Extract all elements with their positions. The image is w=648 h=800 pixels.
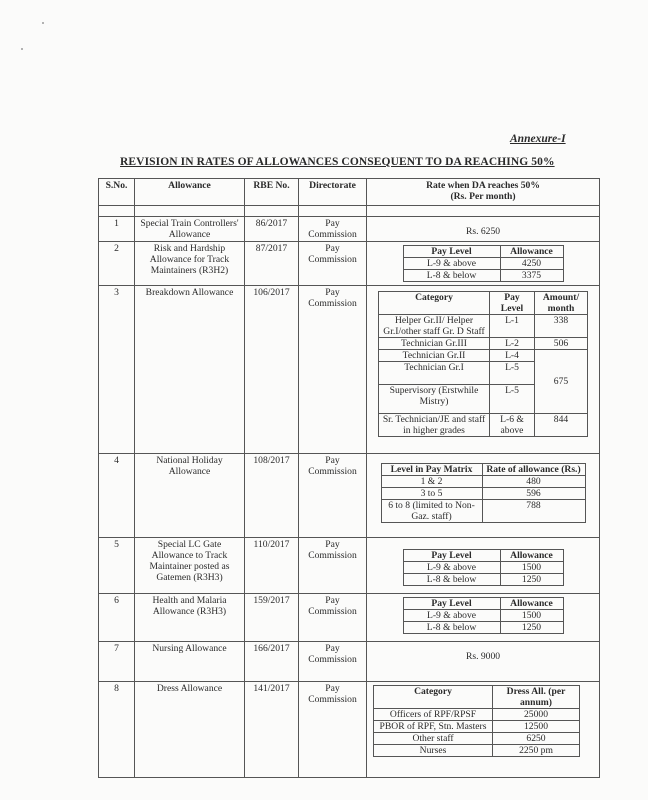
directorate-line2: Commission — [301, 606, 364, 617]
subtable-cell: L-8 & below — [403, 270, 500, 282]
directorate-line2: Commission — [301, 466, 364, 477]
cell-allowance: Nursing Allowance — [135, 642, 245, 682]
rate-subtable: Pay LevelAllowanceL-9 & above4250L-8 & b… — [403, 245, 564, 282]
cell-rbe: 106/2017 — [245, 286, 299, 454]
subtable-row: Nurses2250 pm — [374, 745, 580, 757]
subtable-header: Pay Level — [403, 246, 500, 258]
subtable-cell: L-9 & above — [403, 258, 500, 270]
table-row: 6Health and Malaria Allowance (R3H3)159/… — [99, 594, 600, 642]
subtable-cell: Supervisory (Erstwhile Mistry) — [379, 385, 490, 414]
spacer-cell — [299, 206, 367, 217]
table-row: 2Risk and Hardship Allowance for Track M… — [99, 242, 600, 286]
subtable-cell: 1 & 2 — [381, 476, 482, 488]
document-title: REVISION IN RATES OF ALLOWANCES CONSEQUE… — [120, 156, 555, 168]
cell-directorate: PayCommission — [299, 217, 367, 242]
subtable-cell: 1250 — [500, 622, 563, 634]
header-sno: S.No. — [99, 179, 135, 206]
subtable-header: Allowance — [500, 550, 563, 562]
subtable-cell: 6 to 8 (limited to Non-Gaz. staff) — [381, 500, 482, 523]
subtable-header: Allowance — [500, 598, 563, 610]
header-rate-line1: Rate when DA reaches 50% — [369, 180, 597, 191]
subtable-row: Technician Gr.IIIL-2506 — [379, 338, 588, 350]
subtable-cell: 596 — [482, 488, 585, 500]
cell-rate: Rs. 9000 — [367, 642, 600, 682]
subtable-cell: L-9 & above — [403, 562, 500, 574]
scan-speck — [42, 22, 44, 24]
subtable-cell: 338 — [535, 315, 588, 338]
cell-directorate: PayCommission — [299, 242, 367, 286]
spacer-cell — [99, 206, 135, 217]
directorate-line1: Pay — [301, 595, 364, 606]
subtable-row: Sr. Technician/JE and staff in higher gr… — [379, 414, 588, 437]
subtable-header-row: Pay LevelAllowance — [403, 598, 563, 610]
cell-allowance: Risk and Hardship Allowance for Track Ma… — [135, 242, 245, 286]
subtable-row: Technician Gr.IIL-4675 — [379, 350, 588, 362]
spacer-cell — [367, 206, 600, 217]
directorate-line2: Commission — [301, 254, 364, 265]
subtable-cell: 1250 — [500, 574, 563, 586]
subtable-cell: L-8 & below — [403, 622, 500, 634]
subtable-row: L-8 & below1250 — [403, 622, 563, 634]
cell-sno: 7 — [99, 642, 135, 682]
spacer-cell — [245, 206, 299, 217]
table-row: 1Special Train Controllers' Allowance86/… — [99, 217, 600, 242]
cell-directorate: PayCommission — [299, 682, 367, 778]
rate-subtable: Level in Pay MatrixRate of allowance (Rs… — [381, 463, 586, 523]
subtable-cell: Technician Gr.III — [379, 338, 490, 350]
subtable-row: 1 & 2480 — [381, 476, 585, 488]
subtable-cell: Officers of RPF/RPSF — [374, 709, 493, 721]
subtable-header: Category — [379, 292, 490, 315]
cell-sno: 6 — [99, 594, 135, 642]
cell-rbe: 110/2017 — [245, 538, 299, 594]
subtable-cell: L-8 & below — [403, 574, 500, 586]
cell-directorate: PayCommission — [299, 454, 367, 538]
subtable-cell: 480 — [482, 476, 585, 488]
subtable-row: L-9 & above1500 — [403, 562, 563, 574]
subtable-header-row: CategoryPay LevelAmount/ month — [379, 292, 588, 315]
subtable-cell: 3 to 5 — [381, 488, 482, 500]
cell-rate: CategoryDress All. (per annum)Officers o… — [367, 682, 600, 778]
cell-rate: Pay LevelAllowanceL-9 & above1500L-8 & b… — [367, 594, 600, 642]
directorate-line1: Pay — [301, 287, 364, 298]
directorate-line2: Commission — [301, 229, 364, 240]
subtable-row: L-8 & below1250 — [403, 574, 563, 586]
subtable-row: 6 to 8 (limited to Non-Gaz. staff)788 — [381, 500, 585, 523]
cell-sno: 1 — [99, 217, 135, 242]
subtable-cell: Technician Gr.I — [379, 362, 490, 385]
subtable-header: Level in Pay Matrix — [381, 464, 482, 476]
directorate-line2: Commission — [301, 694, 364, 705]
subtable-cell: Other staff — [374, 733, 493, 745]
directorate-line1: Pay — [301, 218, 364, 229]
rate-subtable: Pay LevelAllowanceL-9 & above1500L-8 & b… — [403, 597, 564, 634]
subtable-cell: 1500 — [500, 562, 563, 574]
subtable-header: Rate of allowance (Rs.) — [482, 464, 585, 476]
header-rbe: RBE No. — [245, 179, 299, 206]
cell-sno: 2 — [99, 242, 135, 286]
subtable-cell: 6250 — [493, 733, 580, 745]
subtable-header: Amount/ month — [535, 292, 588, 315]
cell-directorate: PayCommission — [299, 642, 367, 682]
subtable-cell: Sr. Technician/JE and staff in higher gr… — [379, 414, 490, 437]
header-rate: Rate when DA reaches 50% (Rs. Per month) — [367, 179, 600, 206]
cell-allowance: Dress Allowance — [135, 682, 245, 778]
directorate-line1: Pay — [301, 455, 364, 466]
directorate-line1: Pay — [301, 243, 364, 254]
subtable-header-row: CategoryDress All. (per annum) — [374, 686, 580, 709]
subtable-cell: 2250 pm — [493, 745, 580, 757]
subtable-cell: 25000 — [493, 709, 580, 721]
subtable-header: Dress All. (per annum) — [493, 686, 580, 709]
cell-rbe: 159/2017 — [245, 594, 299, 642]
subtable-cell: Helper Gr.II/ Helper Gr.I/other staff Gr… — [379, 315, 490, 338]
rate-subtable: Pay LevelAllowanceL-9 & above1500L-8 & b… — [403, 549, 564, 586]
subtable-header: Pay Level — [403, 598, 500, 610]
subtable-cell: L-9 & above — [403, 610, 500, 622]
subtable-cell: L-1 — [490, 315, 535, 338]
subtable-row: 3 to 5596 — [381, 488, 585, 500]
directorate-line1: Pay — [301, 643, 364, 654]
cell-directorate: PayCommission — [299, 286, 367, 454]
subtable-row: L-9 & above4250 — [403, 258, 563, 270]
subtable-row: L-9 & above1500 — [403, 610, 563, 622]
subtable-cell: L-4 — [490, 350, 535, 362]
subtable-row: Other staff6250 — [374, 733, 580, 745]
directorate-line1: Pay — [301, 683, 364, 694]
header-directorate: Directorate — [299, 179, 367, 206]
cell-rate: Level in Pay MatrixRate of allowance (Rs… — [367, 454, 600, 538]
spacer-row — [99, 206, 600, 217]
cell-sno: 3 — [99, 286, 135, 454]
cell-directorate: PayCommission — [299, 538, 367, 594]
subtable-cell: L-6 & above — [490, 414, 535, 437]
table-row: 5Special LC Gate Allowance to Track Main… — [99, 538, 600, 594]
subtable-header-row: Level in Pay MatrixRate of allowance (Rs… — [381, 464, 585, 476]
subtable-cell: 4250 — [500, 258, 563, 270]
subtable-header-row: Pay LevelAllowance — [403, 246, 563, 258]
cell-sno: 5 — [99, 538, 135, 594]
header-rate-line2: (Rs. Per month) — [369, 191, 597, 202]
subtable-row: PBOR of RPF, Stn. Masters12500 — [374, 721, 580, 733]
subtable-header: Pay Level — [403, 550, 500, 562]
table-row: 4National Holiday Allowance108/2017PayCo… — [99, 454, 600, 538]
subtable-cell: L-5 — [490, 362, 535, 385]
spacer-cell — [135, 206, 245, 217]
subtable-header: Pay Level — [490, 292, 535, 315]
cell-directorate: PayCommission — [299, 594, 367, 642]
subtable-header-row: Pay LevelAllowance — [403, 550, 563, 562]
subtable-row: L-8 & below3375 — [403, 270, 563, 282]
subtable-row: Helper Gr.II/ Helper Gr.I/other staff Gr… — [379, 315, 588, 338]
cell-rate: CategoryPay LevelAmount/ monthHelper Gr.… — [367, 286, 600, 454]
cell-rate: Pay LevelAllowanceL-9 & above1500L-8 & b… — [367, 538, 600, 594]
subtable-cell: 1500 — [500, 610, 563, 622]
cell-sno: 4 — [99, 454, 135, 538]
cell-rbe: 86/2017 — [245, 217, 299, 242]
subtable-cell: Nurses — [374, 745, 493, 757]
directorate-line2: Commission — [301, 550, 364, 561]
subtable-cell: L-5 — [490, 385, 535, 414]
cell-allowance: Breakdown Allowance — [135, 286, 245, 454]
scan-speck — [21, 48, 23, 50]
allowance-table: S.No. Allowance RBE No. Directorate Rate… — [98, 178, 600, 778]
table-body: 1Special Train Controllers' Allowance86/… — [99, 217, 600, 778]
rate-value: Rs. 6250 — [466, 226, 500, 237]
rate-value: Rs. 9000 — [466, 651, 500, 662]
subtable-cell: Technician Gr.II — [379, 350, 490, 362]
cell-rbe: 166/2017 — [245, 642, 299, 682]
cell-rbe: 108/2017 — [245, 454, 299, 538]
subtable-header: Category — [374, 686, 493, 709]
header-allowance: Allowance — [135, 179, 245, 206]
rate-subtable: CategoryPay LevelAmount/ monthHelper Gr.… — [378, 291, 588, 437]
subtable-cell: L-2 — [490, 338, 535, 350]
subtable-cell: 675 — [535, 350, 588, 414]
subtable-cell: 12500 — [493, 721, 580, 733]
annexure-label: Annexure-I — [510, 133, 566, 145]
subtable-cell: 506 — [535, 338, 588, 350]
subtable-cell: PBOR of RPF, Stn. Masters — [374, 721, 493, 733]
table-row: 3Breakdown Allowance106/2017PayCommissio… — [99, 286, 600, 454]
subtable-row: Officers of RPF/RPSF25000 — [374, 709, 580, 721]
cell-allowance: Health and Malaria Allowance (R3H3) — [135, 594, 245, 642]
cell-rate: Pay LevelAllowanceL-9 & above4250L-8 & b… — [367, 242, 600, 286]
subtable-cell: 844 — [535, 414, 588, 437]
table-header-row: S.No. Allowance RBE No. Directorate Rate… — [99, 179, 600, 206]
cell-allowance: Special Train Controllers' Allowance — [135, 217, 245, 242]
cell-rate: Rs. 6250 — [367, 217, 600, 242]
table-row: 7Nursing Allowance166/2017PayCommissionR… — [99, 642, 600, 682]
cell-allowance: National Holiday Allowance — [135, 454, 245, 538]
cell-allowance: Special LC Gate Allowance to Track Maint… — [135, 538, 245, 594]
cell-rbe: 141/2017 — [245, 682, 299, 778]
cell-sno: 8 — [99, 682, 135, 778]
subtable-cell: 788 — [482, 500, 585, 523]
directorate-line2: Commission — [301, 298, 364, 309]
subtable-header: Allowance — [500, 246, 563, 258]
directorate-line2: Commission — [301, 654, 364, 665]
directorate-line1: Pay — [301, 539, 364, 550]
cell-rbe: 87/2017 — [245, 242, 299, 286]
subtable-cell: 3375 — [500, 270, 563, 282]
table-row: 8Dress Allowance141/2017PayCommissionCat… — [99, 682, 600, 778]
rate-subtable: CategoryDress All. (per annum)Officers o… — [373, 685, 580, 757]
